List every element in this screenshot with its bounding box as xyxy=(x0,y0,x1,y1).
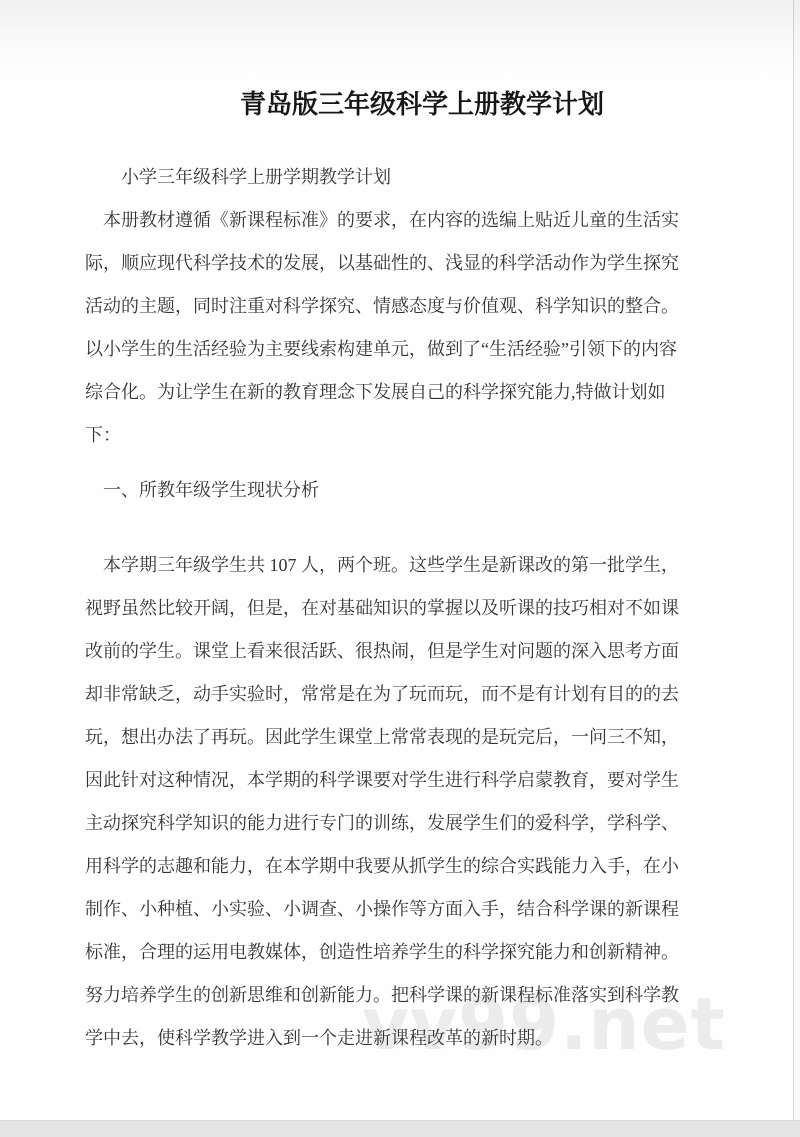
document-viewer: vv99.net 青岛版三年级科学上册教学计划 小学三年级科学上册学期教学计划本… xyxy=(0,0,800,1137)
paragraph-body: 本学期三年级学生共 107 人，两个班。这些学生是新课改的第一批学生， 视野虽然… xyxy=(85,544,707,1060)
paragraph-intro: 本册教材遵循《新课程标准》的要求，在内容的选编上贴近儿童的生活实 际，顺应现代科… xyxy=(85,199,707,457)
background-below-page xyxy=(0,1120,800,1137)
document-title: 青岛版三年级科学上册教学计划 xyxy=(85,88,707,122)
page-right-edge xyxy=(794,0,800,1121)
paragraph-subtitle: 小学三年级科学上册学期教学计划 xyxy=(85,156,707,199)
paragraph-section-heading: 一、所教年级学生现状分析 xyxy=(85,469,707,512)
document-body: 小学三年级科学上册学期教学计划本册教材遵循《新课程标准》的要求，在内容的选编上贴… xyxy=(85,156,707,1060)
